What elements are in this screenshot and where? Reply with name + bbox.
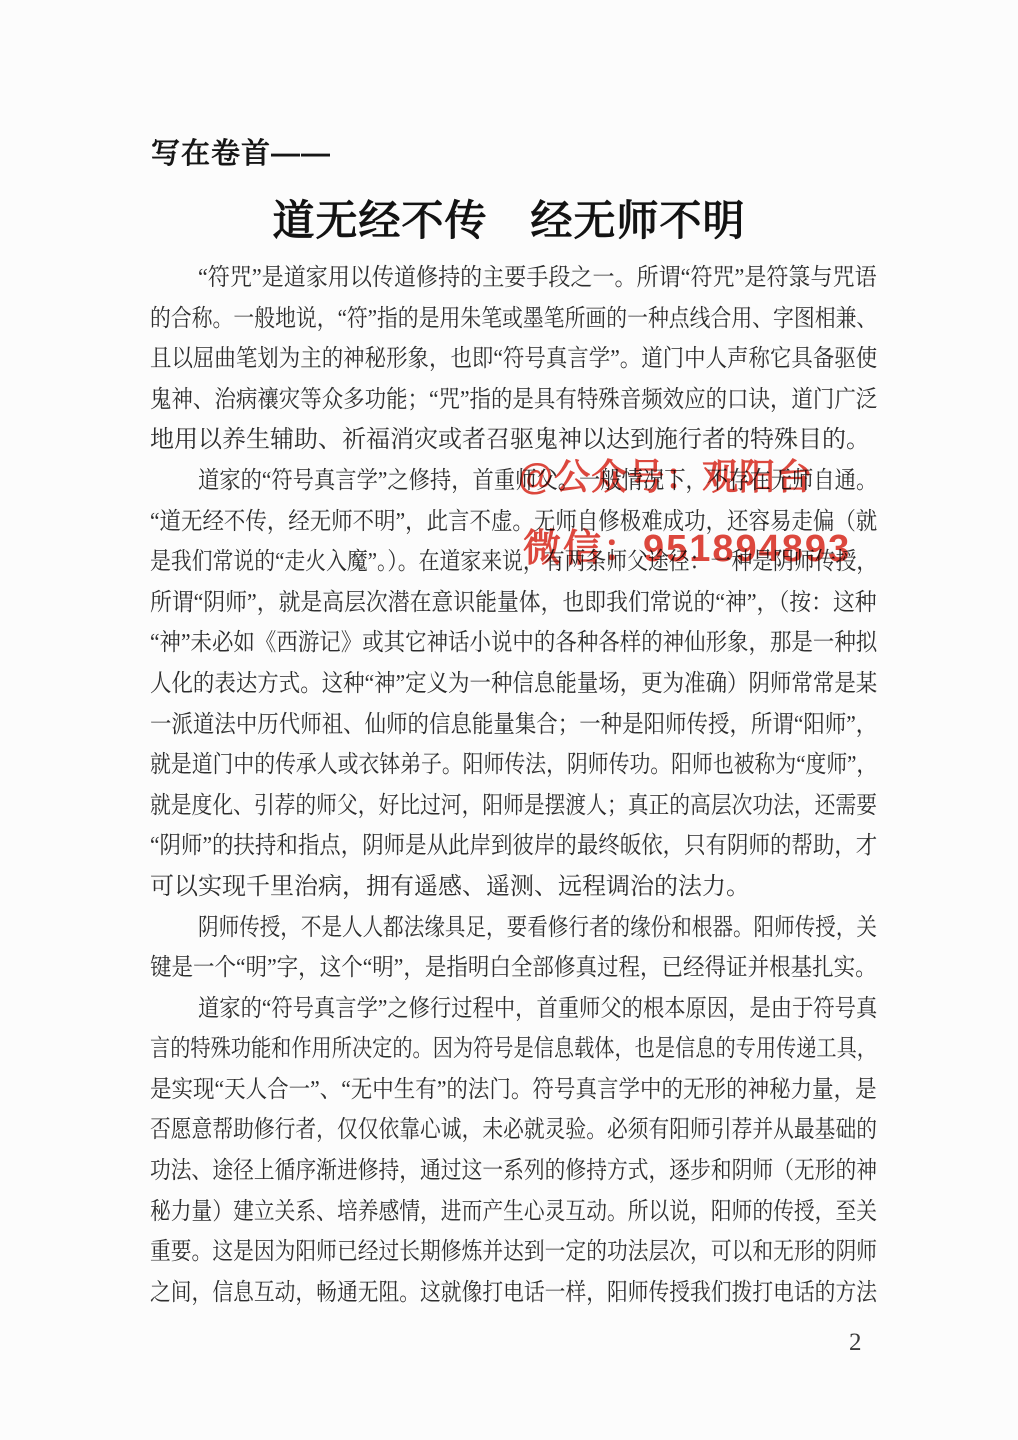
body-line: “神”未必如《西游记》或其它神话小说中的各种各样的神仙形象，那是一种拟 (150, 623, 877, 664)
body-line: 人化的表达方式。这种“神”定义为一种信息能量场，更为准确）阴师常常是某 (150, 664, 877, 705)
body-line: 秘力量）建立关系、培养感情，进而产生心灵互动。所以说，阳师的传授，至关 (150, 1192, 877, 1233)
page-number: 2 (849, 1329, 862, 1357)
body-line: 且以屈曲笔划为主的神秘形象，也即“符号真言学”。道门中人声称它具备驱使 (150, 339, 877, 380)
body-line: 之间，信息互动，畅通无阻。这就像打电话一样，阳师传授我们拨打电话的方法 (150, 1273, 877, 1314)
body-text: “符咒”是道家用以传道修持的主要手段之一。所谓“符咒”是符箓与咒语的合称。一般地… (150, 258, 877, 1313)
body-line: 道家的“符号真言学”之修持，首重师父。一般情况下，不存在无师自通。 (150, 461, 877, 502)
scanned-book-page: 写在卷首—— 道无经不传 经无师不明 “符咒”是道家用以传道修持的主要手段之一。… (0, 0, 1018, 1440)
body-line: 重要。这是因为阳师已经过长期修炼并达到一定的功法层次，可以和无形的阴师 (150, 1232, 877, 1273)
body-line: “阴师”的扶持和指点，阴师是从此岸到彼岸的最终皈依，只有阴师的帮助，才 (150, 826, 877, 867)
body-line: “道无经不传，经无师不明”，此言不虚。无师自修极难成功，还容易走偏（就 (150, 502, 877, 543)
body-line: 的合称。一般地说，“符”指的是用朱笔或墨笔所画的一种点线合用、字图相兼、 (150, 299, 877, 340)
body-line: 键是一个“明”字，这个“明”，是指明白全部修真过程，已经得证并根基扎实。 (150, 948, 877, 989)
body-line: 功法、途径上循序渐进修持，通过这一系列的修持方式，逐步和阴师（无形的神 (150, 1151, 877, 1192)
body-line: 道家的“符号真言学”之修行过程中，首重师父的根本原因，是由于符号真 (150, 989, 877, 1030)
body-line: 地用以养生辅助、祈福消灾或者召驱鬼神以达到施行者的特殊目的。 (150, 420, 877, 461)
body-line: 否愿意帮助修行者，仅仅依靠心诚，未必就灵验。必须有阳师引荐并从最基础的 (150, 1110, 877, 1151)
body-line: 是我们常说的“走火入魔”。）。在道家来说，有两条师父途径：一种是阴师传授， (150, 542, 877, 583)
body-line: 言的特殊功能和作用所决定的。因为符号是信息载体，也是信息的专用传递工具， (150, 1029, 877, 1070)
body-line: 鬼神、治病禳灾等众多功能；“咒”指的是具有特殊音频效应的口诀，道门广泛 (150, 380, 877, 421)
body-line: 就是道门中的传承人或衣钵弟子。阳师传法，阴师传功。阳师也被称为“度师”， (150, 745, 877, 786)
body-line: “符咒”是道家用以传道修持的主要手段之一。所谓“符咒”是符箓与咒语 (150, 258, 877, 299)
body-line: 是实现“天人合一”、“无中生有”的法门。符号真言学中的无形的神秘力量，是 (150, 1070, 877, 1111)
body-line: 一派道法中历代师祖、仙师的信息能量集合；一种是阳师传授，所谓“阳师”， (150, 705, 877, 746)
page-title: 道无经不传 经无师不明 (0, 188, 1018, 248)
body-line: 所谓“阴师”，就是高层次潜在意识能量体，也即我们常说的“神”，（按：这种 (150, 583, 877, 624)
body-line: 就是度化、引荐的师父，好比过河，阳师是摆渡人；真正的高层次功法，还需要 (150, 786, 877, 827)
body-line: 可以实现千里治病，拥有遥感、遥测、远程调治的法力。 (150, 867, 877, 908)
body-line: 阴师传授，不是人人都法缘具足，要看修行者的缘份和根器。阳师传授，关 (150, 908, 877, 949)
section-header: 写在卷首—— (151, 131, 331, 172)
